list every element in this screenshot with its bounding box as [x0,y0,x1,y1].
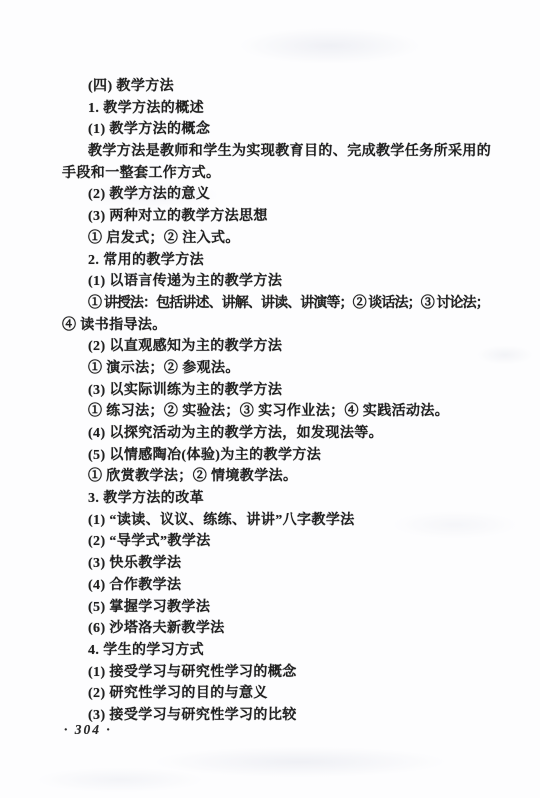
text-line: 4. 学生的学习方式 [62,640,508,662]
text-line: (2) 以直观感知为主的教学方法 [62,336,508,358]
text-line: (1) 接受学习与研究性学习的概念 [62,662,508,684]
text-line: ① 讲授法：包括讲述、讲解、讲读、讲演等；② 谈话法；③ 讨论法； [62,293,508,315]
text-line: (2) “导学式”教学法 [62,531,508,553]
text-line: (3) 以实际训练为主的教学方法 [62,380,508,402]
text-line: 1. 教学方法的概述 [62,98,508,120]
text-line: 2. 常用的教学方法 [62,250,508,272]
text-line: (5) 以情感陶冶(体验)为主的教学方法 [62,445,508,467]
page-number: · 304 · [64,722,112,738]
text-line: (1) 以语言传递为主的教学方法 [62,271,508,293]
text-line: (四) 教学方法 [62,76,508,98]
text-line: (1) “读读、议议、练练、讲讲”八字教学法 [62,510,508,532]
book-page: (四) 教学方法1. 教学方法的概述(1) 教学方法的概念教学方法是教师和学生为… [0,0,540,798]
text-line: (2) 研究性学习的目的与意义 [62,683,508,705]
text-line: ① 启发式；② 注入式。 [62,228,508,250]
text-line: (3) 接受学习与研究性学习的比较 [62,705,508,727]
text-line: (6) 沙塔洛夫新教学法 [62,618,508,640]
text-line: ① 练习法；② 实验法；③ 实习作业法；④ 实践活动法。 [62,401,508,423]
text-line: ① 欣赏教学法；② 情境教学法。 [62,466,508,488]
text-line: (2) 教学方法的意义 [62,184,508,206]
text-line: (4) 合作教学法 [62,575,508,597]
text-line: (3) 快乐教学法 [62,553,508,575]
text-line: 3. 教学方法的改革 [62,488,508,510]
text-line: 手段和一整套工作方式。 [62,163,508,185]
text-line: 教学方法是教师和学生为实现教育目的、完成教学任务所采用的 [62,141,508,163]
text-line: (5) 掌握学习教学法 [62,597,508,619]
text-line: ④ 读书指导法。 [62,315,508,337]
text-line: (4) 以探究活动为主的教学方法，如发现法等。 [62,423,508,445]
text-line: (3) 两种对立的教学方法思想 [62,206,508,228]
text-line: (1) 教学方法的概念 [62,119,508,141]
text-line: ① 演示法；② 参观法。 [62,358,508,380]
text-block: (四) 教学方法1. 教学方法的概述(1) 教学方法的概念教学方法是教师和学生为… [62,76,508,727]
